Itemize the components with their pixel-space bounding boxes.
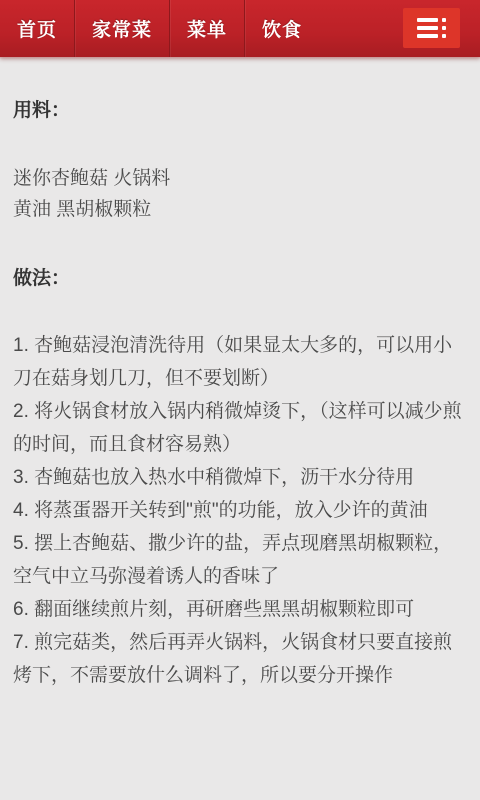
ingredient-line: 迷你杏鲍菇 火锅料 xyxy=(13,163,467,194)
nav-tab-menu[interactable]: 菜单 xyxy=(170,0,245,57)
steps-heading: 做法： xyxy=(13,225,467,289)
recipe-content: 用料： 迷你杏鲍菇 火锅料 黄油 黑胡椒颗粒 做法： 1. 杏鲍菇浸泡清洗待用（… xyxy=(0,57,480,692)
nav-tab-home[interactable]: 首页 xyxy=(0,0,75,57)
step-item: 2. 将火锅食材放入锅内稍微焯烫下，（这样可以减少煎的时间，而且食材容易熟） xyxy=(13,395,467,461)
step-item: 1. 杏鲍菇浸泡清洗待用（如果显太大多的，可以用小刀在菇身划几刀，但不要划断） xyxy=(13,329,467,395)
step-item: 6. 翻面继续煎片刻，再研磨些黑黑胡椒颗粒即可 xyxy=(13,593,467,626)
steps-list: 1. 杏鲍菇浸泡清洗待用（如果显太大多的，可以用小刀在菇身划几刀，但不要划断） … xyxy=(13,329,467,692)
ingredient-line: 黄油 黑胡椒颗粒 xyxy=(13,194,467,225)
nav-tab-home-dishes[interactable]: 家常菜 xyxy=(75,0,170,57)
step-item: 7. 煎完菇类，然后再弄火锅料，火锅食材只要直接煎烤下，不需要放什么调料了，所以… xyxy=(13,626,467,692)
step-item: 4. 将蒸蛋器开关转到"煎"的功能，放入少许的黄油 xyxy=(13,494,467,527)
step-item: 5. 摆上杏鲍菇、撒少许的盐，弄点现磨黑胡椒颗粒，空气中立马弥漫着诱人的香味了 xyxy=(13,527,467,593)
ingredients-heading: 用料： xyxy=(13,57,467,121)
top-navbar: 首页 家常菜 菜单 饮食 xyxy=(0,0,480,57)
ingredients-list: 迷你杏鲍菇 火锅料 黄油 黑胡椒颗粒 xyxy=(13,163,467,225)
nav-tab-diet[interactable]: 饮食 xyxy=(245,0,319,57)
step-item: 3. 杏鲍菇也放入热水中稍微焯下，沥干水分待用 xyxy=(13,461,467,494)
menu-button[interactable] xyxy=(403,8,460,48)
list-menu-icon xyxy=(417,18,446,38)
